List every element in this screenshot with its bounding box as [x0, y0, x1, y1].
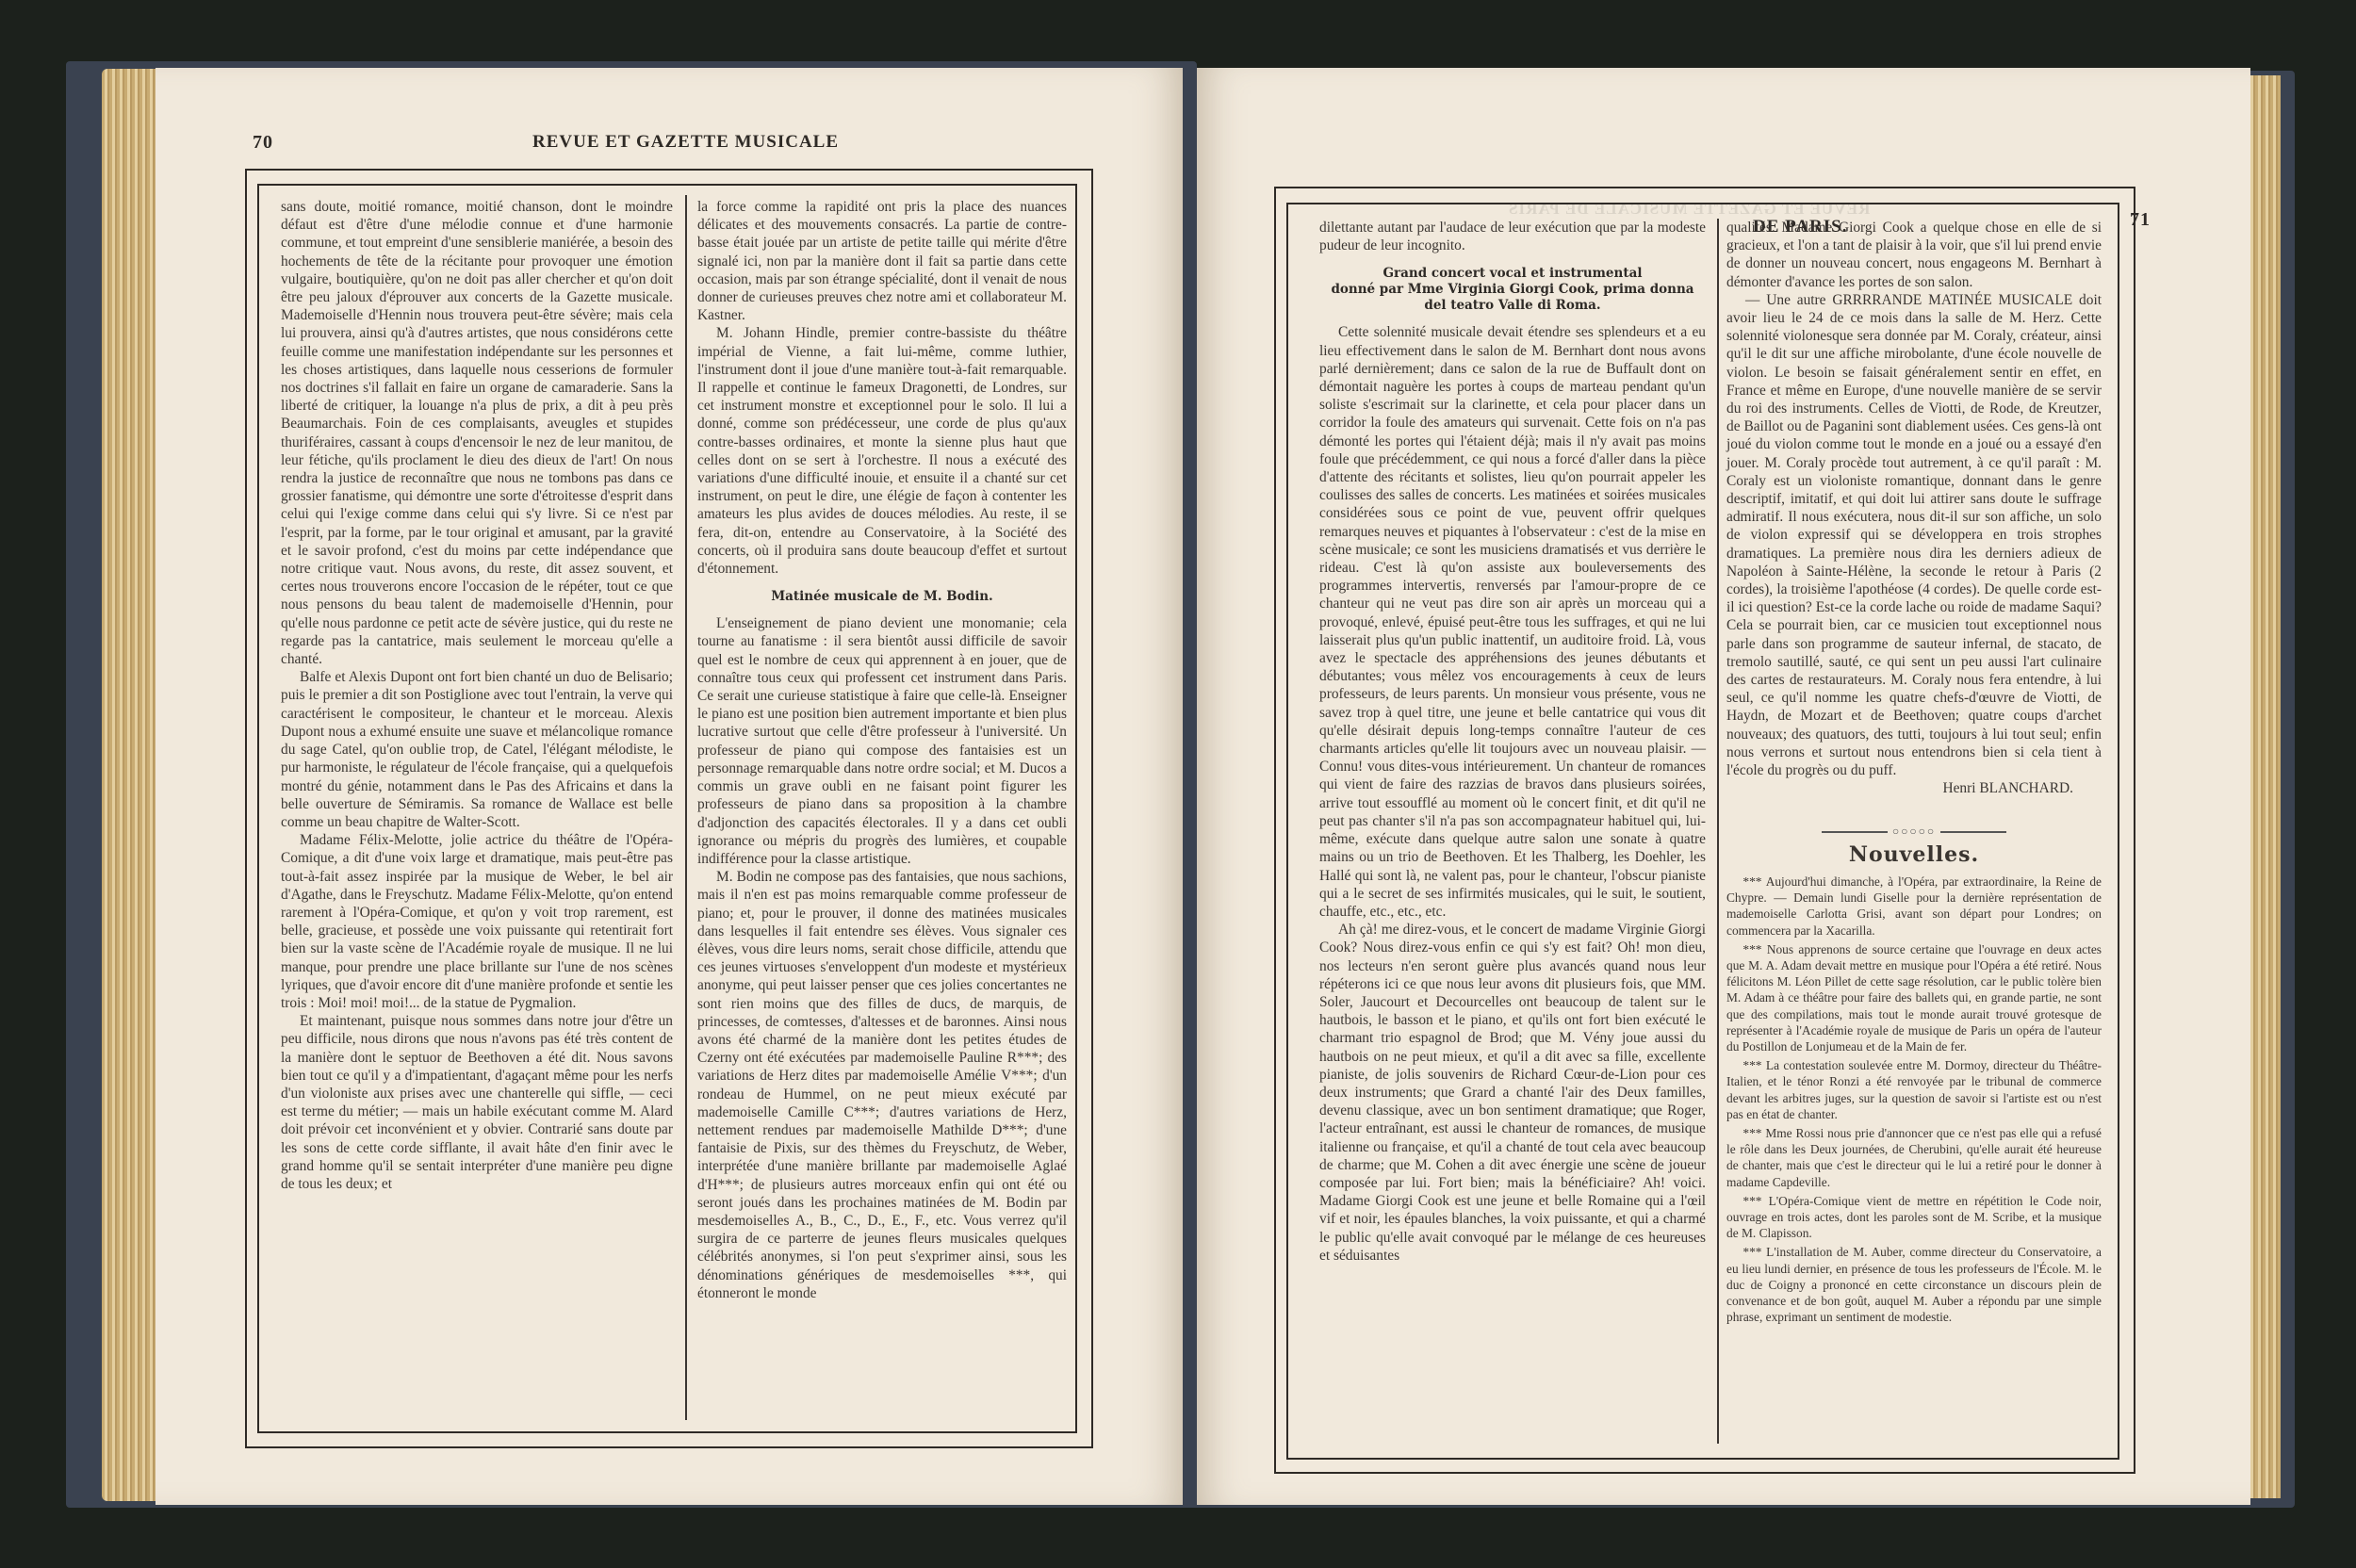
paragraph: la force comme la rapidité ont pris la p… [697, 198, 1067, 324]
page-number: 70 [253, 132, 273, 154]
news-item: *** L'Opéra-Comique vient de mettre en r… [1726, 1193, 2102, 1242]
section-heading: Grand concert vocal et instrumental donn… [1319, 266, 1706, 314]
paragraph: Et maintenant, puisque nous sommes dans … [281, 1012, 673, 1193]
paragraph: Balfe et Alexis Dupont ont fort bien cha… [281, 668, 673, 831]
news-item: *** L'installation de M. Auber, comme di… [1726, 1244, 2102, 1325]
paragraph: L'enseignement de piano devient une mono… [697, 614, 1067, 868]
right-column-1: dilettante autant par l'audace de leur e… [1319, 219, 1706, 1265]
right-column-2: qualités. Madame Giorgi Cook a quelque c… [1726, 219, 2102, 1328]
section-ornament: ○○○○○ [1726, 823, 2102, 841]
left-column-2: la force comme la rapidité ont pris la p… [697, 198, 1067, 1302]
paragraph: M. Johann Hindle, premier contre-bassist… [697, 324, 1067, 578]
left-running-head: 70 REVUE ET GAZETTE MUSICALE [155, 132, 1183, 160]
news-section-title: Nouvelles. [1726, 846, 2102, 864]
running-head-title: REVUE ET GAZETTE MUSICALE [532, 132, 839, 153]
left-column-1: sans doute, moitié romance, moitié chans… [281, 198, 673, 1193]
news-item: *** Mme Rossi nous prie d'annoncer que c… [1726, 1125, 2102, 1190]
news-list: *** Aujourd'hui dimanche, à l'Opéra, par… [1726, 874, 2102, 1325]
page-edges-left [102, 69, 158, 1501]
heading-line: Grand concert vocal et instrumental [1319, 266, 1706, 282]
news-item: *** Aujourd'hui dimanche, à l'Opéra, par… [1726, 874, 2102, 939]
paragraph: Cette solennité musicale devait étendre … [1319, 323, 1706, 921]
column-divider [1717, 219, 1719, 1444]
heading-line: donné par Mme Virginia Giorgi Cook, prim… [1319, 282, 1706, 298]
right-running-head: DE PARIS. 71 [1197, 132, 2250, 160]
column-divider [685, 195, 687, 1420]
heading-line: del teatro Valle di Roma. [1319, 298, 1706, 314]
page-edges-right [2248, 75, 2281, 1498]
author-signature: Henri BLANCHARD. [1726, 779, 2102, 797]
news-item: *** La contestation soulevée entre M. Do… [1726, 1057, 2102, 1122]
paragraph: — Une autre GRRRRANDE MATINÉE MUSICALE d… [1726, 291, 2102, 779]
news-item: *** Nous apprenons de source certaine qu… [1726, 941, 2102, 1054]
paragraph: sans doute, moitié romance, moitié chans… [281, 198, 673, 668]
right-page: REVUE ET GAZETTE MUSICALE DE PARIS DE PA… [1197, 68, 2250, 1505]
paragraph: Madame Félix-Melotte, jolie actrice du t… [281, 831, 673, 1012]
section-heading: Matinée musicale de M. Bodin. [697, 589, 1067, 605]
paragraph: Ah çà! me direz-vous, et le concert de m… [1319, 921, 1706, 1265]
paragraph: M. Bodin ne compose pas des fantaisies, … [697, 868, 1067, 1302]
paragraph: dilettante autant par l'audace de leur e… [1319, 219, 1706, 254]
left-page: 70 REVUE ET GAZETTE MUSICALE sans doute,… [155, 68, 1183, 1505]
paragraph: qualités. Madame Giorgi Cook a quelque c… [1726, 219, 2102, 291]
